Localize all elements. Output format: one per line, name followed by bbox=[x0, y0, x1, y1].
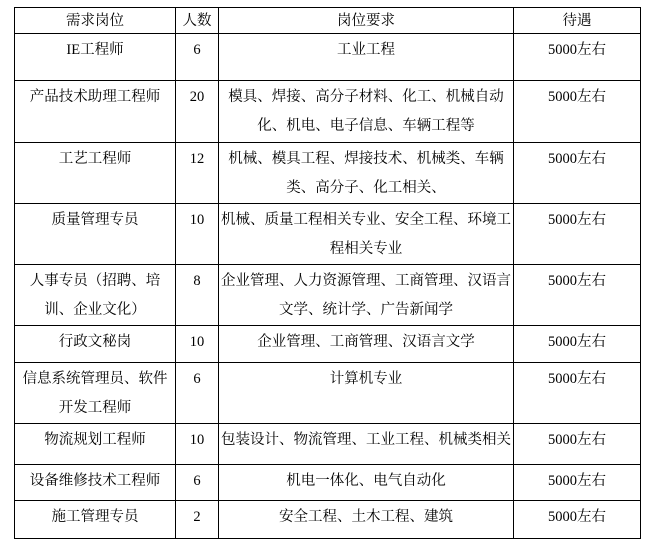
cell-requirements: 机电一体化、电气自动化 bbox=[219, 465, 514, 501]
cell-requirements: 企业管理、人力资源管理、工商管理、汉语言文学、统计学、广告新闻学 bbox=[219, 265, 514, 326]
cell-count: 12 bbox=[176, 143, 219, 204]
cell-salary: 5000左右 bbox=[514, 34, 641, 81]
cell-salary: 5000左右 bbox=[514, 501, 641, 539]
cell-salary: 5000左右 bbox=[514, 363, 641, 424]
cell-salary: 5000左右 bbox=[514, 204, 641, 265]
table-row: 施工管理专员 2 安全工程、土木工程、建筑 5000左右 bbox=[15, 501, 641, 539]
cell-position: 人事专员（招聘、培训、企业文化） bbox=[15, 265, 176, 326]
table-row: 质量管理专员 10 机械、质量工程相关专业、安全工程、环境工程相关专业 5000… bbox=[15, 204, 641, 265]
cell-salary: 5000左右 bbox=[514, 81, 641, 143]
cell-count: 6 bbox=[176, 363, 219, 424]
job-recruitment-table: 需求岗位 人数 岗位要求 待遇 IE工程师 6 工业工程 5000左右 产品技术… bbox=[14, 7, 641, 539]
table-row: 物流规划工程师 10 包装设计、物流管理、工业工程、机械类相关 5000左右 bbox=[15, 424, 641, 465]
cell-salary: 5000左右 bbox=[514, 143, 641, 204]
header-count: 人数 bbox=[176, 8, 219, 34]
table-row: 设备维修技术工程师 6 机电一体化、电气自动化 5000左右 bbox=[15, 465, 641, 501]
cell-salary: 5000左右 bbox=[514, 265, 641, 326]
cell-salary: 5000左右 bbox=[514, 326, 641, 363]
cell-count: 10 bbox=[176, 204, 219, 265]
cell-position: 施工管理专员 bbox=[15, 501, 176, 539]
cell-requirements: 机械、质量工程相关专业、安全工程、环境工程相关专业 bbox=[219, 204, 514, 265]
cell-requirements: 模具、焊接、高分子材料、化工、机械自动化、机电、电子信息、车辆工程等 bbox=[219, 81, 514, 143]
cell-requirements: 计算机专业 bbox=[219, 363, 514, 424]
cell-position: 工艺工程师 bbox=[15, 143, 176, 204]
cell-count: 10 bbox=[176, 326, 219, 363]
table-row: 产品技术助理工程师 20 模具、焊接、高分子材料、化工、机械自动化、机电、电子信… bbox=[15, 81, 641, 143]
cell-position: 物流规划工程师 bbox=[15, 424, 176, 465]
table-row: IE工程师 6 工业工程 5000左右 bbox=[15, 34, 641, 81]
table-row: 行政文秘岗 10 企业管理、工商管理、汉语言文学 5000左右 bbox=[15, 326, 641, 363]
cell-count: 2 bbox=[176, 501, 219, 539]
cell-requirements: 安全工程、土木工程、建筑 bbox=[219, 501, 514, 539]
cell-position: 行政文秘岗 bbox=[15, 326, 176, 363]
cell-position: 产品技术助理工程师 bbox=[15, 81, 176, 143]
cell-count: 6 bbox=[176, 465, 219, 501]
cell-count: 20 bbox=[176, 81, 219, 143]
cell-requirements: 机械、模具工程、焊接技术、机械类、车辆类、高分子、化工相关、 bbox=[219, 143, 514, 204]
cell-requirements: 包装设计、物流管理、工业工程、机械类相关 bbox=[219, 424, 514, 465]
cell-position: 质量管理专员 bbox=[15, 204, 176, 265]
cell-position: 信息系统管理员、软件开发工程师 bbox=[15, 363, 176, 424]
table-row: 人事专员（招聘、培训、企业文化） 8 企业管理、人力资源管理、工商管理、汉语言文… bbox=[15, 265, 641, 326]
cell-position: 设备维修技术工程师 bbox=[15, 465, 176, 501]
header-salary: 待遇 bbox=[514, 8, 641, 34]
header-requirements: 岗位要求 bbox=[219, 8, 514, 34]
cell-salary: 5000左右 bbox=[514, 465, 641, 501]
table-row: 工艺工程师 12 机械、模具工程、焊接技术、机械类、车辆类、高分子、化工相关、 … bbox=[15, 143, 641, 204]
cell-count: 10 bbox=[176, 424, 219, 465]
cell-requirements: 工业工程 bbox=[219, 34, 514, 81]
cell-count: 8 bbox=[176, 265, 219, 326]
cell-count: 6 bbox=[176, 34, 219, 81]
document-page: 需求岗位 人数 岗位要求 待遇 IE工程师 6 工业工程 5000左右 产品技术… bbox=[0, 0, 650, 541]
cell-requirements: 企业管理、工商管理、汉语言文学 bbox=[219, 326, 514, 363]
header-position: 需求岗位 bbox=[15, 8, 176, 34]
table-row: 信息系统管理员、软件开发工程师 6 计算机专业 5000左右 bbox=[15, 363, 641, 424]
header-row: 需求岗位 人数 岗位要求 待遇 bbox=[15, 8, 641, 34]
cell-position: IE工程师 bbox=[15, 34, 176, 81]
cell-salary: 5000左右 bbox=[514, 424, 641, 465]
